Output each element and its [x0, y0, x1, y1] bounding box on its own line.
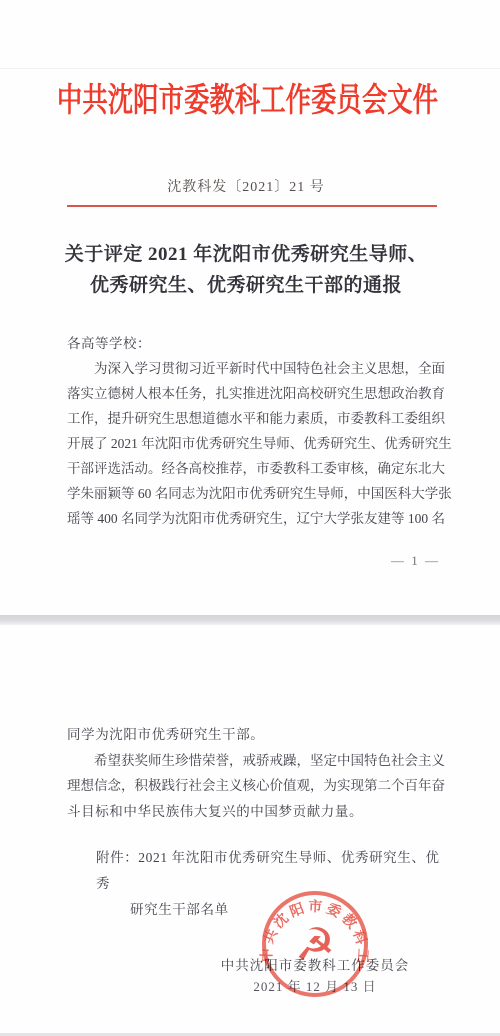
- scanned-document: 中共沈阳市委教科工作委员会文件 沈教科发〔2021〕21 号 关于评定 2021…: [0, 0, 500, 1036]
- body-line: 干部评选活动。经各高校推荐，市委教科工委审核，确定东北大: [67, 456, 438, 481]
- document-title-line2: 优秀研究生、优秀研究生干部的通报: [0, 270, 492, 301]
- red-letterhead-text: 中共沈阳市委教科工作委员会文件: [57, 74, 438, 121]
- page-number: — 1 —: [340, 553, 440, 569]
- document-title: 关于评定 2021 年沈阳市优秀研究生导师、 优秀研究生、优秀研究生干部的通报: [0, 239, 492, 301]
- body-line: 理想信念，积极践行社会主义核心价值观，为实现第二个百年奋: [67, 773, 438, 799]
- body-line: 瑶等 400 名同学为沈阳市优秀研究生，辽宁大学张友建等 100 名: [67, 506, 438, 531]
- salutation: 各高等学校：: [67, 331, 438, 356]
- body-line: 同学为沈阳市优秀研究生干部。: [67, 722, 438, 748]
- hammer-sickle-icon: ☭: [295, 918, 335, 971]
- document-page-2: 同学为沈阳市优秀研究生干部。 希望获奖师生珍惜荣誉，戒骄戒躁，坚定中国特色社会主…: [0, 625, 500, 1033]
- page-top-edge: [0, 68, 500, 69]
- document-title-line1: 关于评定 2021 年沈阳市优秀研究生导师、: [0, 239, 492, 270]
- body-line: 落实立德树人根本任务，扎实推进沈阳高校研究生思想政治教育: [67, 381, 438, 406]
- body-line: 斗目标和中华民族伟大复兴的中国梦贡献力量。: [67, 799, 438, 825]
- document-number: 沈教科发〔2021〕21 号: [0, 176, 492, 196]
- body-line: 为深入学习贯彻习近平新时代中国特色社会主义思想，全面: [67, 356, 438, 381]
- body-line: 学朱丽颖等 60 名同志为沈阳市优秀研究生导师，中国医科大学张: [67, 481, 438, 506]
- body-line: 工作，提升研究生思想道德水平和能力素质，市委教科工委组织: [67, 406, 438, 431]
- page2-body-text: 同学为沈阳市优秀研究生干部。 希望获奖师生珍惜荣誉，戒骄戒躁，坚定中国特色社会主…: [67, 722, 438, 824]
- document-page-1: 中共沈阳市委教科工作委员会文件 沈教科发〔2021〕21 号 关于评定 2021…: [0, 0, 500, 615]
- page1-body-text: 各高等学校： 为深入学习贯彻习近平新时代中国特色社会主义思想，全面 落实立德树人…: [67, 331, 438, 531]
- official-red-seal: 中共沈阳市委教科工作委员会 ☭: [258, 887, 372, 1001]
- red-divider-line: [67, 205, 437, 207]
- red-letterhead-title: 中共沈阳市委教科工作委员会文件: [0, 74, 495, 121]
- page-separator-gap: [0, 615, 500, 625]
- body-line: 希望获奖师生珍惜荣誉，戒骄戒躁，坚定中国特色社会主义: [67, 748, 438, 774]
- body-line: 开展了 2021 年沈阳市优秀研究生导师、优秀研究生、优秀研究生: [67, 431, 438, 456]
